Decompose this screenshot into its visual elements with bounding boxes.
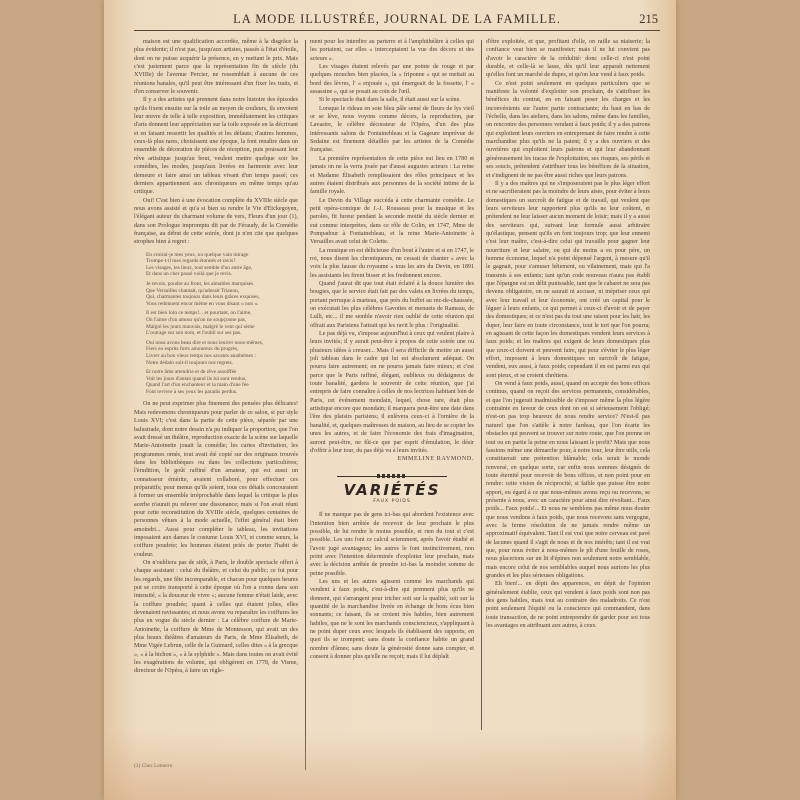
verse-line: Je revois, poudre au front, les aimables…: [146, 281, 298, 288]
verse-line: L'outrage sur son nom, et l'oubli sur se…: [146, 330, 298, 337]
section-subtitle: FAUX POIDS: [310, 498, 474, 506]
column-middle: ment pour les interdire au parterre et à…: [310, 38, 474, 758]
paragraph: Le Devin du Village succéda à cette char…: [310, 197, 474, 247]
stanza: Et notre âme attendrie et de rêve assoif…: [146, 369, 298, 395]
page-number: 215: [639, 12, 658, 27]
verse-line: Les visages, les lieux, tout semble d'un…: [146, 265, 298, 272]
paragraph: On ne peut exprimer plus finement des pe…: [134, 400, 298, 559]
paragraph: On n'oubliera pas de sitôt, à Paris, le …: [134, 559, 298, 676]
paragraph: La première représentation de cette pièc…: [310, 155, 474, 197]
page-header: LA MODE ILLUSTRÉE, JOURNAL DE LA FAMILLE…: [134, 10, 660, 31]
magazine-page: LA MODE ILLUSTRÉE, JOURNAL DE LA FAMILLE…: [104, 0, 676, 800]
stanza: Il est bien loin ce temps!... et pourtan…: [146, 310, 298, 336]
column-divider: [481, 40, 482, 730]
paragraph: Il y a des artistes qui prennent dans no…: [134, 96, 298, 196]
paragraph: d'être exploitée, et que, profitant d'el…: [486, 38, 650, 80]
poem-excerpt: En croirai-je mes yeux, ou quelque vain …: [146, 252, 298, 396]
stanza: En croirai-je mes yeux, ou quelque vain …: [146, 252, 298, 278]
verse-line: Quand l'art d'un enchanteur et la main d…: [146, 382, 298, 389]
verse-line: Et dans un cher passé voilà que je revis…: [146, 271, 298, 278]
paragraph: Les visages étaient relevés par une poin…: [310, 63, 474, 96]
signature-text: EMMELINE RAYMOND.: [398, 456, 474, 462]
paragraph: Oui! C'est bien à une évocation complète…: [134, 197, 298, 247]
paragraph: Si le spectacle était dans la salle, il …: [310, 96, 474, 104]
verse-line: Malgré les jours mauvais, malgré le vent…: [146, 324, 298, 331]
paragraph: ment pour les interdire au parterre et à…: [310, 38, 474, 63]
verse-line: Que Versailles chantait, qu'adorait Tria…: [146, 288, 298, 295]
paragraph: La musique en est délicieuse d'un bout à…: [310, 247, 474, 280]
verse-line: Trompe-t-il mes regards étonnés et ravis…: [146, 258, 298, 265]
column-left: maison est une qualification accordée, m…: [134, 38, 298, 778]
column-divider: [305, 40, 306, 770]
paragraph: Quand j'aurai dit que tout était éclairé…: [310, 280, 474, 330]
paragraph: Il ne manque pas de gens ici-bas qui abo…: [310, 511, 474, 578]
verse-line: Notre dédain suit-il toujours nos regret…: [146, 360, 298, 367]
paragraph: maison est une qualification accordée, m…: [134, 38, 298, 96]
stanza: Je revois, poudre au front, les aimables…: [146, 281, 298, 307]
paragraph: Ce n'est point seulement en quelques par…: [486, 80, 650, 180]
paragraph: Il y a des maîtres qui ne s'imposeraient…: [486, 180, 650, 380]
section-title: VARIÉTÉS: [310, 486, 474, 494]
verse-line: Livrer au bon vieux temps nos savants an…: [146, 353, 298, 360]
verse-line: Et notre âme attendrie et de rêve assoif…: [146, 369, 298, 376]
stanza: Oui nous avons beau dire et nous leurrer…: [146, 340, 298, 366]
verse-line: Fiers en esprits forts amoureux du progr…: [146, 346, 298, 353]
verse-line: Il est bien loin ce temps!... et pourtan…: [146, 310, 298, 317]
column-right: d'être exploitée, et que, profitant d'el…: [486, 38, 650, 738]
paragraph: On vend à faux poids, aussi, quand on ac…: [486, 380, 650, 580]
paragraph: Le pas déjà vu, s'impose aujourd'hui à c…: [310, 330, 474, 455]
ornamental-divider: [337, 474, 447, 478]
paragraph: Lorsque le rideau en soie bleu pâle semé…: [310, 105, 474, 155]
verse-line: Font revivre à ses yeux les paradis perd…: [146, 389, 298, 396]
verse-line: En croirai-je mes yeux, ou quelque vain …: [146, 252, 298, 259]
footnote: (1) Chez Lemerre.: [134, 763, 174, 769]
paragraph: Les uns et les autres agissent comme les…: [310, 578, 474, 661]
verse-line: On l'aime d'un amour qu'on ne soupçonne …: [146, 317, 298, 324]
verse-line: Qui, charmantes toujours dans leurs grâc…: [146, 294, 298, 301]
verse-line: Vous redonnent encor même en vous disant…: [146, 301, 298, 308]
paragraph: Eh bien!... en dépit des apparences, en …: [486, 580, 650, 630]
author-signature: EMMELINE RAYMOND.: [310, 455, 474, 463]
running-title: LA MODE ILLUSTRÉE, JOURNAL DE LA FAMILLE…: [134, 12, 660, 27]
